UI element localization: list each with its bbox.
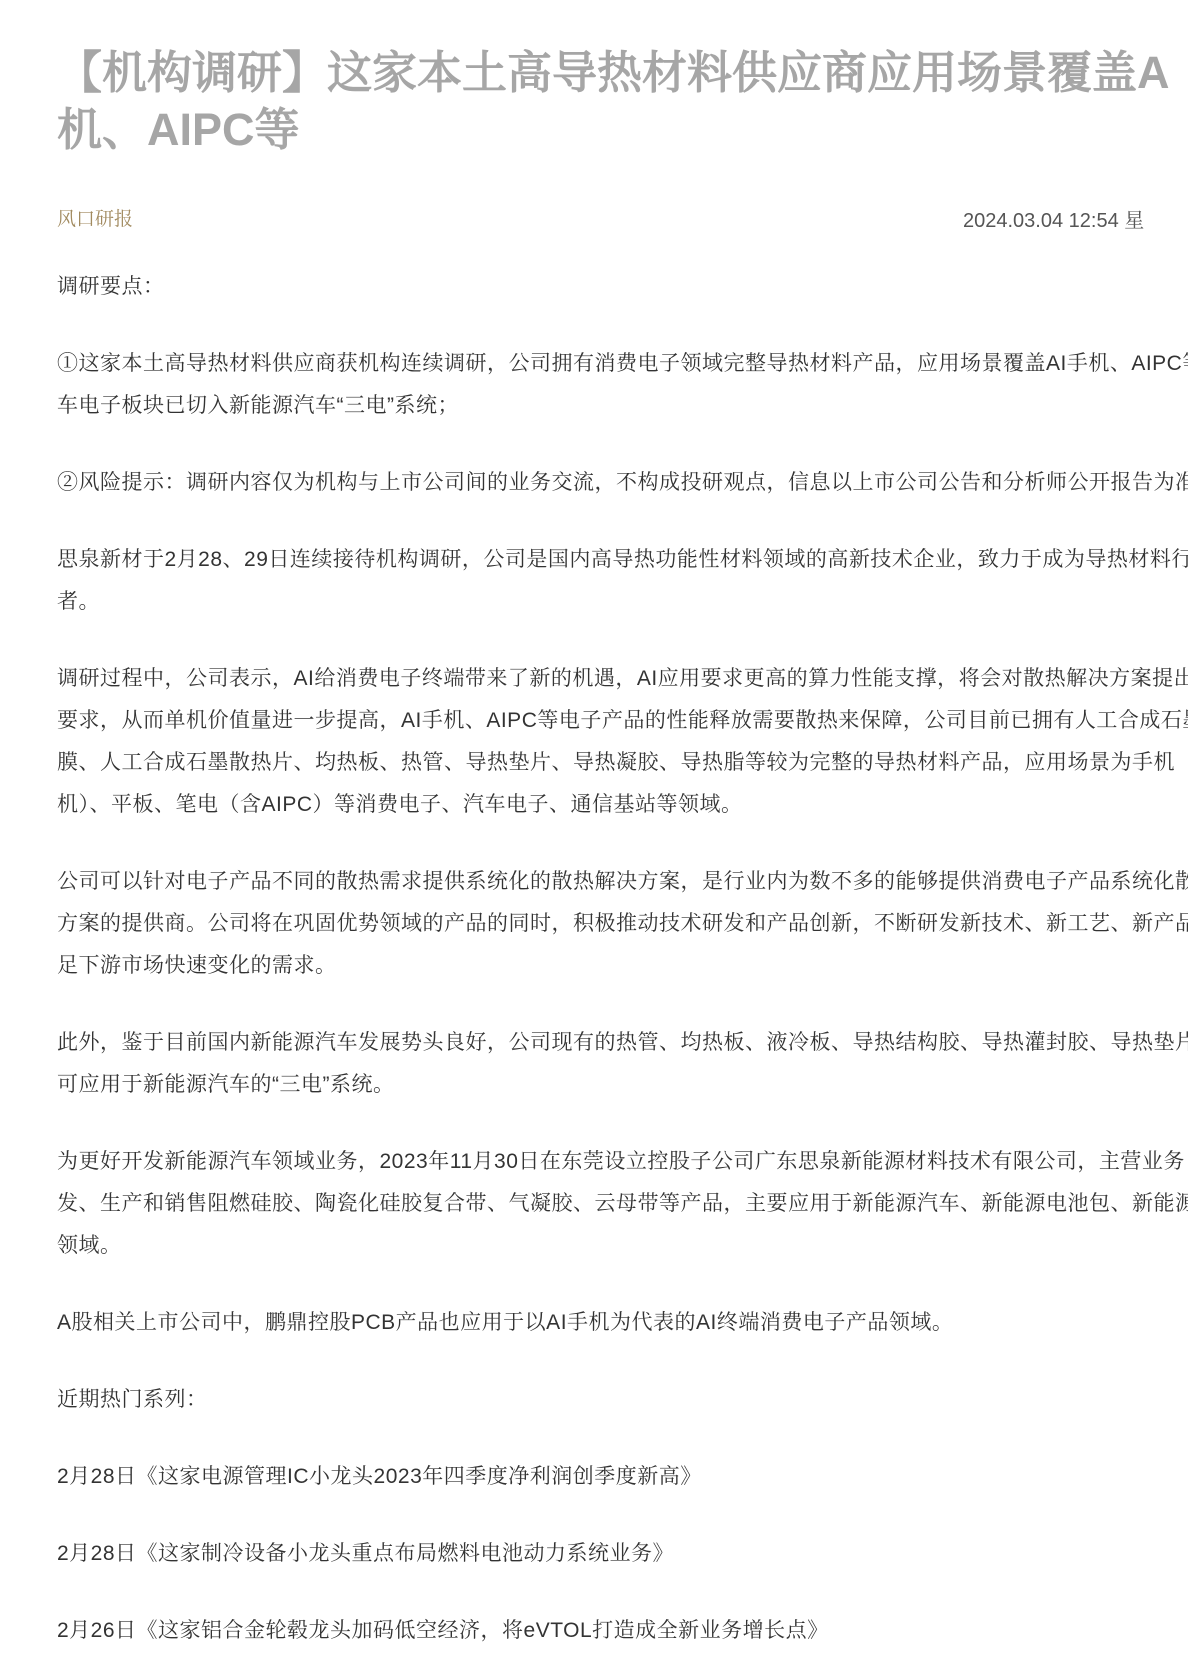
text-line: 2月28日《这家电源管理IC小龙头2023年四季度净利润创季度新高》 (57, 1456, 1188, 1498)
title-line: 【机构调研】这家本土高导热材料供应商应用场景覆盖A (57, 44, 1188, 101)
text-line: 足下游市场快速变化的需求。 (57, 945, 1188, 987)
text-line: 为更好开发新能源汽车领域业务，2023年11月30日在东莞设立控股子公司广东思泉… (57, 1141, 1188, 1183)
paragraph: 公司可以针对电子产品不同的散热需求提供系统化的散热解决方案，是行业内为数不多的能… (57, 861, 1188, 987)
paragraph: ②风险提示：调研内容仅为机构与上市公司间的业务交流，不构成投研观点，信息以上市公… (57, 462, 1188, 504)
paragraph: 为更好开发新能源汽车领域业务，2023年11月30日在东莞设立控股子公司广东思泉… (57, 1141, 1188, 1267)
text-line: ①这家本土高导热材料供应商获机构连续调研，公司拥有消费电子领域完整导热材料产品，… (57, 343, 1188, 385)
text-line: 发、生产和销售阻燃硅胶、陶瓷化硅胶复合带、气凝胶、云母带等产品，主要应用于新能源… (57, 1183, 1188, 1225)
article-content: 【机构调研】这家本土高导热材料供应商应用场景覆盖A机、AIPC等 风口研报 20… (0, 0, 1188, 1652)
paragraph: 此外，鉴于目前国内新能源汽车发展势头良好，公司现有的热管、均热板、液冷板、导热结… (57, 1022, 1188, 1106)
text-line: 思泉新材于2月28、29日连续接待机构调研，公司是国内高导热功能性材料领域的高新… (57, 539, 1188, 581)
title-line: 机、AIPC等 (57, 101, 1188, 158)
paragraph: 2月26日《这家铝合金轮毂龙头加码低空经济，将eVTOL打造成全新业务增长点》 (57, 1610, 1188, 1652)
paragraph: 近期热门系列： (57, 1379, 1188, 1421)
paragraph: ①这家本土高导热材料供应商获机构连续调研，公司拥有消费电子领域完整导热材料产品，… (57, 343, 1188, 427)
text-line: 机）、平板、笔电（含AIPC）等消费电子、汽车电子、通信基站等领域。 (57, 784, 1188, 826)
paragraph: 思泉新材于2月28、29日连续接待机构调研，公司是国内高导热功能性材料领域的高新… (57, 539, 1188, 623)
text-line: 近期热门系列： (57, 1379, 1188, 1421)
text-line: 2月28日《这家制冷设备小龙头重点布局燃料电池动力系统业务》 (57, 1533, 1188, 1575)
text-line: A股相关上市公司中，鹏鼎控股PCB产品也应用于以AI手机为代表的AI终端消费电子… (57, 1302, 1188, 1344)
text-line: 此外，鉴于目前国内新能源汽车发展势头良好，公司现有的热管、均热板、液冷板、导热结… (57, 1022, 1188, 1064)
text-line: 车电子板块已切入新能源汽车“三电”系统； (57, 385, 1188, 427)
text-line: 膜、人工合成石墨散热片、均热板、热管、导热垫片、导热凝胶、导热脂等较为完整的导热… (57, 742, 1188, 784)
publish-datetime: 2024.03.04 12:54 星 (963, 204, 1144, 233)
article-title: 【机构调研】这家本土高导热材料供应商应用场景覆盖A机、AIPC等 (57, 44, 1188, 158)
article-page: 【机构调研】这家本土高导热材料供应商应用场景覆盖A机、AIPC等 风口研报 20… (0, 0, 1188, 1680)
text-line: 领域。 (57, 1225, 1188, 1267)
text-line: 要求，从而单机价值量进一步提高，AI手机、AIPC等电子产品的性能释放需要散热来… (57, 700, 1188, 742)
paragraph: 调研要点： (57, 266, 1188, 308)
source-label[interactable]: 风口研报 (57, 204, 133, 231)
text-line: 调研过程中，公司表示，AI给消费电子终端带来了新的机遇，AI应用要求更高的算力性… (57, 658, 1188, 700)
text-line: 者。 (57, 581, 1188, 623)
paragraph: 2月28日《这家电源管理IC小龙头2023年四季度净利润创季度新高》 (57, 1456, 1188, 1498)
text-line: 方案的提供商。公司将在巩固优势领域的产品的同时，积极推动技术研发和产品创新，不断… (57, 903, 1188, 945)
paragraph: A股相关上市公司中，鹏鼎控股PCB产品也应用于以AI手机为代表的AI终端消费电子… (57, 1302, 1188, 1344)
text-line: 可应用于新能源汽车的“三电”系统。 (57, 1064, 1188, 1106)
paragraph: 2月28日《这家制冷设备小龙头重点布局燃料电池动力系统业务》 (57, 1533, 1188, 1575)
text-line: 2月26日《这家铝合金轮毂龙头加码低空经济，将eVTOL打造成全新业务增长点》 (57, 1610, 1188, 1652)
article-body: 调研要点：①这家本土高导热材料供应商获机构连续调研，公司拥有消费电子领域完整导热… (57, 266, 1188, 1652)
paragraph: 调研过程中，公司表示，AI给消费电子终端带来了新的机遇，AI应用要求更高的算力性… (57, 658, 1188, 826)
text-line: 调研要点： (57, 266, 1188, 308)
text-line: 公司可以针对电子产品不同的散热需求提供系统化的散热解决方案，是行业内为数不多的能… (57, 861, 1188, 903)
text-line: ②风险提示：调研内容仅为机构与上市公司间的业务交流，不构成投研观点，信息以上市公… (57, 462, 1188, 504)
article-meta: 风口研报 2024.03.04 12:54 星 (57, 204, 1188, 228)
